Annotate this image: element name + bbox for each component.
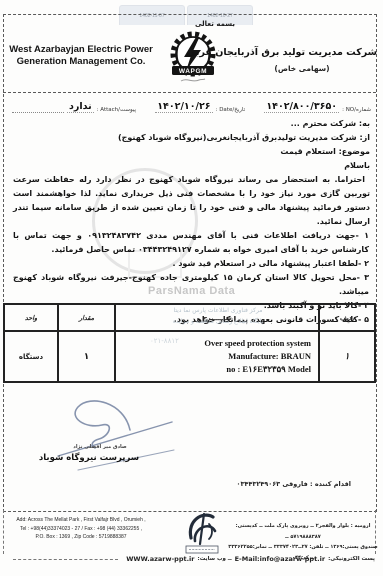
ref-date-value: ۱۴۰۲/۱۰/۲۶ xyxy=(155,101,212,113)
company-name-en-line2: Generation Management Co. xyxy=(5,56,157,68)
company-name-en-line1: West Azarbayjan Electric Power xyxy=(5,44,157,56)
footer-contact-row: پست الکترونیکی: E-Mail:info@azarw-ppt.ir… xyxy=(8,555,375,563)
signer-title: سرپرست نیروگاه شوباد xyxy=(28,453,150,463)
table-cell-rownum: ۱ xyxy=(318,332,374,381)
website-label: ــ وب سایت: xyxy=(198,556,232,562)
footer-address-fa-line1: ارومیه : بلوار والفجر۲ ــ روبروی پارک مل… xyxy=(227,521,379,542)
wapgm-gear-logo-icon: WAPGM xyxy=(167,29,219,87)
ref-attach-field: پیوست/Attach : ندارد xyxy=(12,101,136,113)
table-header-desc: شــــــــرح xyxy=(114,305,318,332)
ref-number-field: شماره/NO : ۱۴۰۲/۸۰۰/۳۶۵۰ xyxy=(264,101,371,113)
company-type-fa: (سهامی خاص) xyxy=(227,64,377,73)
table-cell-qty: ۱ xyxy=(57,332,114,381)
email-label: پست الکترونیکی: xyxy=(328,556,375,562)
subject-line: موضوع: استعلام قیمت xyxy=(13,145,370,159)
ref-attach-label: پیوست/Attach : xyxy=(97,107,136,113)
list-item: ۳ -محل تحویل کالا استان کرمان ۱۵ کیلومتر… xyxy=(13,271,370,299)
item-model-line: no : E۱۶E۳۲۳۵۹ Model xyxy=(226,363,311,376)
website-value[interactable]: WWW.azarw-ppt.ir xyxy=(126,555,194,563)
dashed-leader xyxy=(13,558,118,560)
table-header-unit: واحد xyxy=(5,305,57,332)
table-header-qty: مقدار xyxy=(57,305,114,332)
dotted-leader xyxy=(12,103,64,113)
to-line: به: شرکت محترم ... xyxy=(13,117,370,131)
ref-attach-value: ندارد xyxy=(67,101,94,113)
table-cell-unit: دستگاه xyxy=(5,332,57,381)
action-officer-line: اقدام کننده : فاروقی ۰۳۴۴۳۲۴۹۰۶۳ xyxy=(236,480,351,488)
company-name-fa: شرکت مدیریت تولید برق آذربایجان غربی xyxy=(227,47,377,58)
email-value[interactable]: E-Mail:info@azarw-ppt.ir xyxy=(235,555,325,563)
from-line: از: شرکت مدیریت تولیدبرق آذربایجانغربی(ن… xyxy=(13,131,370,145)
greeting-line: باسلام xyxy=(13,159,370,173)
scanned-letter-page: 1402-11-07 1402-10-27 بسمه تعالی West Az… xyxy=(0,0,383,576)
list-item: ۱ -جهت دریافت اطلاعات فنی با آقای مهندس … xyxy=(13,229,370,257)
reference-row: شماره/NO : ۱۴۰۲/۸۰۰/۳۶۵۰ تاریخ/Date : ۱۴… xyxy=(12,97,371,113)
table-cell-description: Over speed protection system Manufacture… xyxy=(114,332,318,381)
bismillah-text: بسمه تعالی xyxy=(160,20,270,28)
items-table: واحد مقدار شــــــــرح ردیف دستگاه ۱ Ove… xyxy=(3,303,376,383)
company-name-en: West Azarbayjan Electric Power Generatio… xyxy=(5,44,157,69)
footer-address-en-line2: Tel : +98(44)33374023 - 27 / Fax : +98 (… xyxy=(4,525,158,534)
letter-body: به: شرکت محترم ... از: شرکت مدیریت تولید… xyxy=(13,117,370,327)
main-paragraph: احتراما. به استحضار می رساند نیروگاه شوب… xyxy=(13,173,370,229)
ref-date-field: تاریخ/Date : ۱۴۰۲/۱۰/۲۶ xyxy=(155,101,245,113)
ref-number-label: شماره/NO : xyxy=(342,107,371,113)
ref-date-label: تاریخ/Date : xyxy=(216,107,246,113)
header-separator xyxy=(3,92,376,93)
footer-address-en-line3: P.O. Box : 1369 , Zip Code : 5719888387 xyxy=(4,533,158,542)
table-header-row: ردیف xyxy=(318,305,374,332)
logo-acronym-text: WAPGM xyxy=(179,68,207,75)
footer-address-en-line1: Add: Across The Mellat Park , First Valf… xyxy=(4,516,158,525)
item-description-line1: Over speed protection system xyxy=(204,337,311,350)
company-stamp-icon xyxy=(183,508,221,556)
signer-name: صادق میر افضلی نژاد xyxy=(60,444,140,450)
footer-address-en: Add: Across The Mellat Park , First Valf… xyxy=(4,516,158,542)
list-item: ۲ -لطفا اعتبار پیشنهاد مالی در استعلام ق… xyxy=(13,257,370,271)
ref-number-value: ۱۴۰۲/۸۰۰/۳۶۵۰ xyxy=(264,101,339,113)
item-manufacturer-line: Manufacture: BRAUN xyxy=(228,350,311,363)
